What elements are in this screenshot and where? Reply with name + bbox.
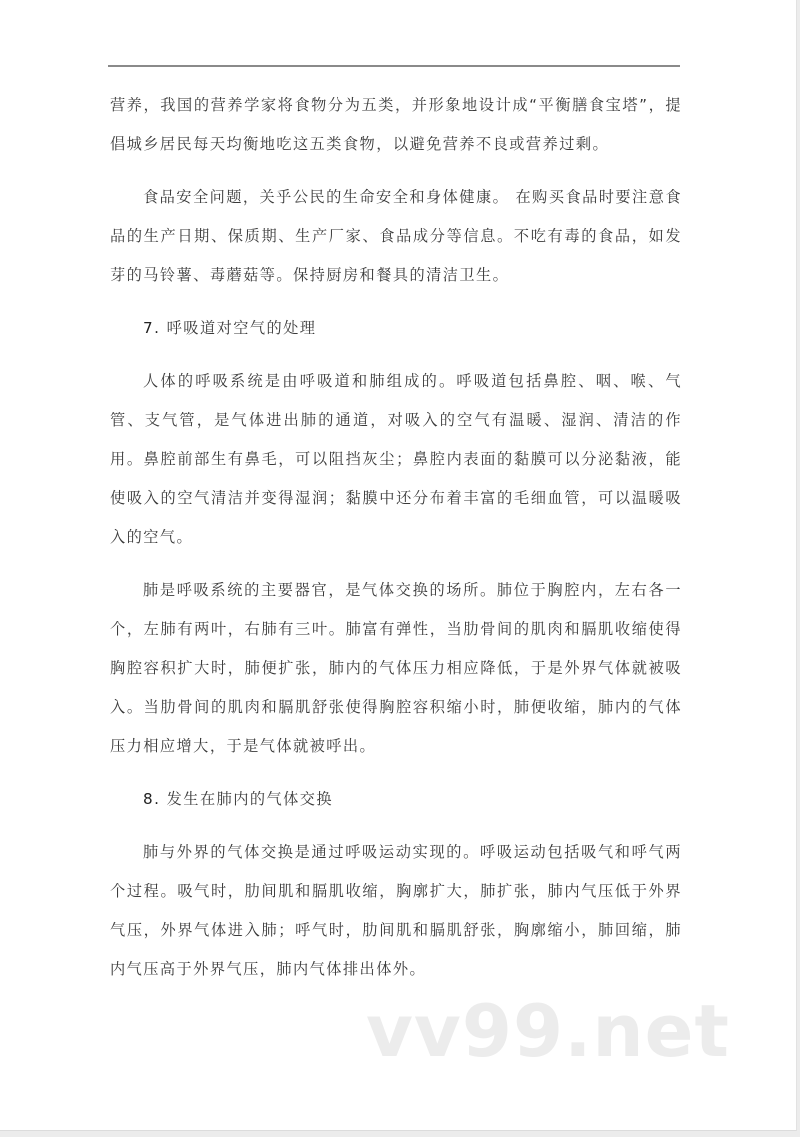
- watermark-text: vv99.net: [366, 995, 730, 1067]
- section-7-heading: 7. 呼吸道对空气的处理: [110, 309, 682, 348]
- section-8-number: 8.: [143, 790, 160, 808]
- section-7-title: 呼吸道对空气的处理: [167, 319, 317, 337]
- header-rule: [108, 65, 680, 67]
- section-8-title: 发生在肺内的气体交换: [167, 790, 333, 808]
- paragraph-lungs: 肺是呼吸系统的主要器官，是气体交换的场所。肺位于胸腔内，左右各一个，左肺有两叶，…: [110, 571, 682, 766]
- paragraph-respiratory-tract: 人体的呼吸系统是由呼吸道和肺组成的。呼吸道包括鼻腔、咽、喉、气管、支气管，是气体…: [110, 362, 682, 557]
- paragraph-nutrition: 营养，我国的营养学家将食物分为五类，并形象地设计成“平衡膳食宝塔”，提倡城乡居民…: [110, 86, 682, 164]
- paragraph-food-safety: 食品安全问题，关乎公民的生命安全和身体健康。 在购买食品时要注意食品的生产日期、…: [110, 178, 682, 295]
- document-page: 营养，我国的营养学家将食物分为五类，并形象地设计成“平衡膳食宝塔”，提倡城乡居民…: [0, 0, 797, 1131]
- section-7-number: 7.: [143, 319, 160, 337]
- paragraph-gas-exchange: 肺与外界的气体交换是通过呼吸运动实现的。呼吸运动包括吸气和呼气两个过程。吸气时，…: [110, 833, 682, 989]
- document-body: 营养，我国的营养学家将食物分为五类，并形象地设计成“平衡膳食宝塔”，提倡城乡居民…: [110, 86, 682, 989]
- section-8-heading: 8. 发生在肺内的气体交换: [110, 780, 682, 819]
